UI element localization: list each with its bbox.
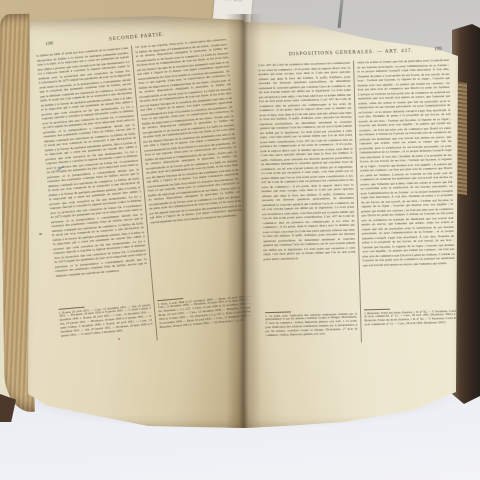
left-column-2-text: 19. Tout ce qui regarde, d'une part, la … [135, 37, 249, 297]
left-column-1-footnote: 1. Rouen, 26 avril 1851. — Cass., 13 déc… [59, 301, 154, 347]
right-column-2-footnote: 2. Bédarride, Traité des droits d'auteur… [364, 307, 457, 336]
footnote-text: 2. Bédarride, Traité des droits d'auteur… [364, 308, 456, 326]
tag-number: 1706 [214, 0, 253, 5]
right-page-content: DISPOSITIONS GÉNÉRALES. — ART. 437. 199 … [258, 45, 460, 345]
footnote-text: 1. Ce point, pour l'indication des solut… [265, 311, 358, 337]
right-column-2: vides les achats et ventes que fait un p… [357, 58, 457, 342]
left-column-2-footnote: 2. Paris, 4 août 1840 et 22 novembre 183… [157, 292, 252, 338]
paper-speck [39, 233, 42, 235]
book-photo: 1706 198 SECONDE PARTIE. la faillite du … [0, 0, 480, 480]
right-running-title: DISPOSITIONS GÉNÉRALES. — ART. 437. [268, 47, 435, 58]
right-column-1-footnote: 1. Ce point, pour l'indication des solut… [265, 310, 358, 339]
paper-speck [118, 338, 120, 340]
right-column-1: L'art. 437 du Code de commerce met en pr… [258, 61, 358, 345]
right-column-1-text: L'art. 437 du Code de commerce met en pr… [258, 61, 357, 309]
left-page-content: 198 SECONDE PARTIE. la faillite du faill… [35, 24, 257, 349]
right-page-number: 199 [434, 47, 442, 52]
right-column-2-text: vides les achats et ventes que fait un p… [357, 58, 456, 306]
